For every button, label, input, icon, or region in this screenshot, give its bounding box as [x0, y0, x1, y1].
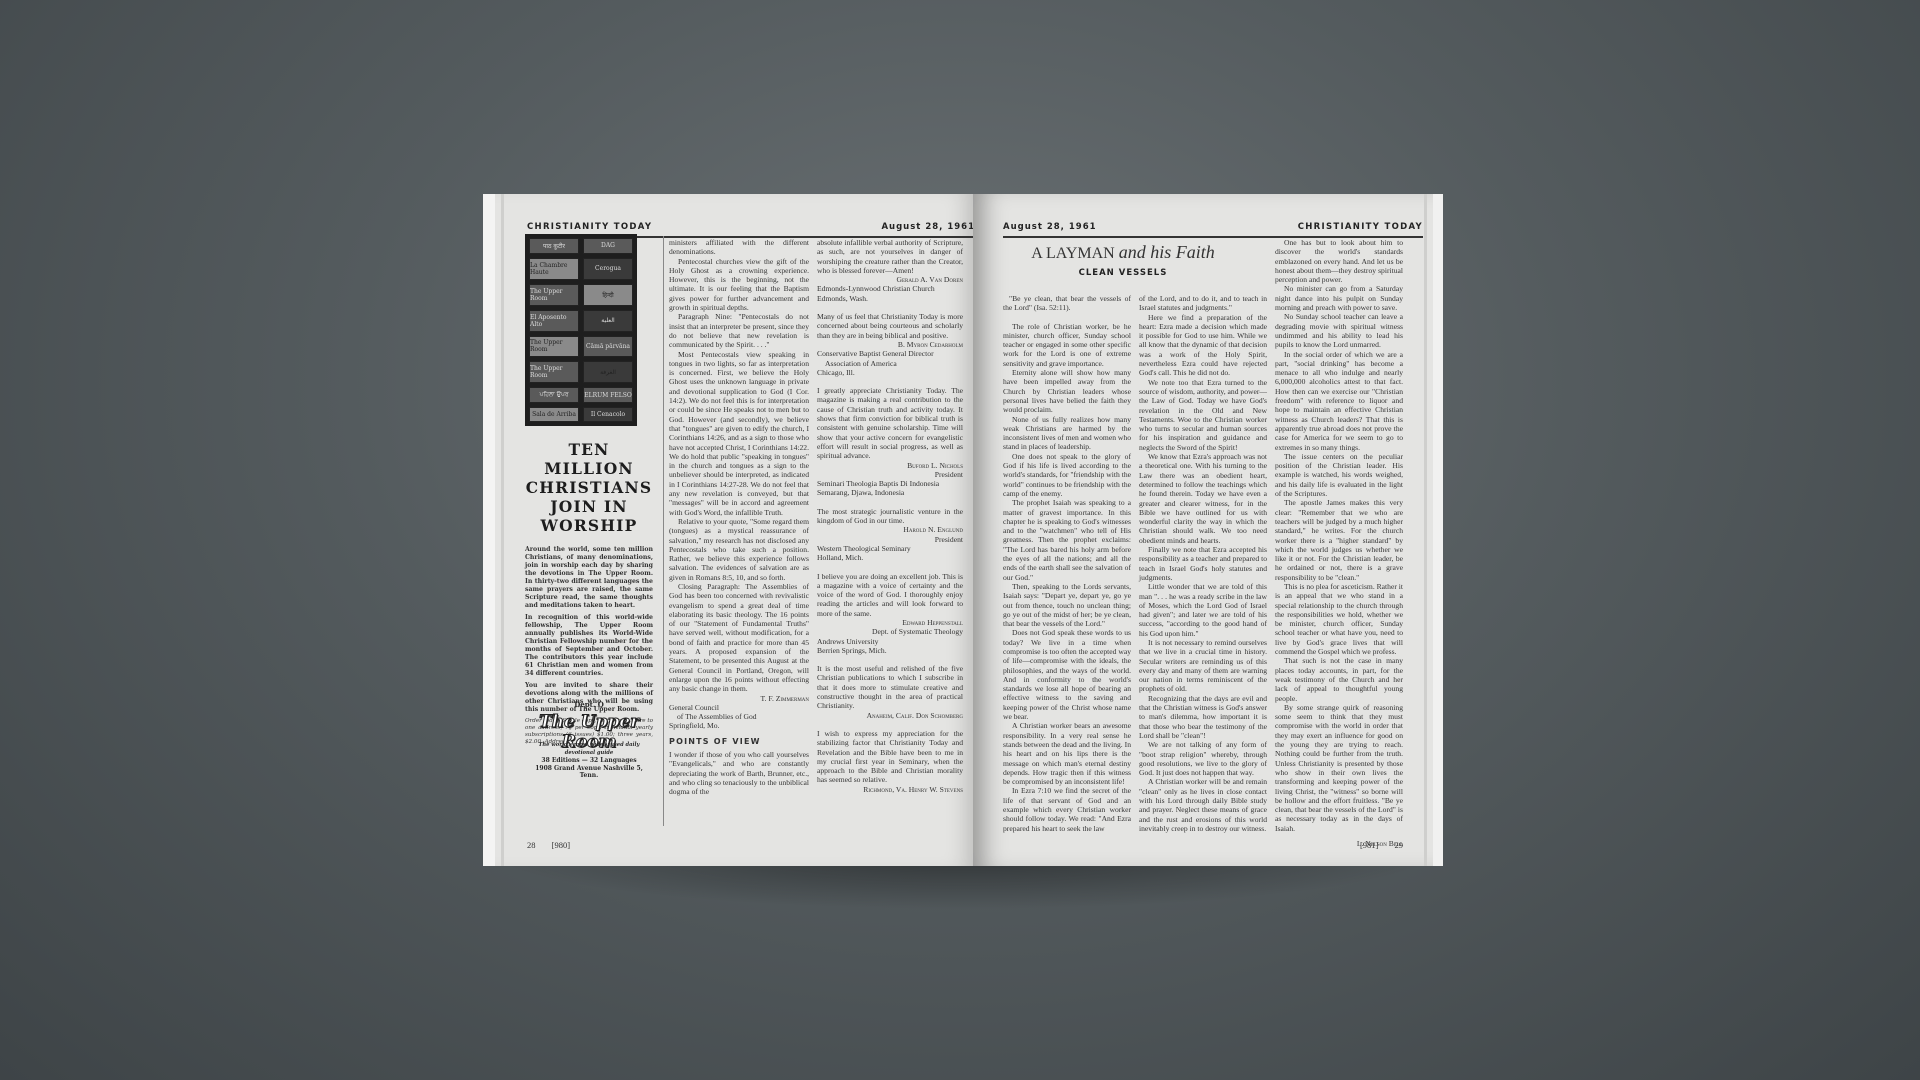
letter-signature: Buford L. Nichols	[817, 461, 963, 470]
letter-affiliation: Association of America	[817, 359, 963, 368]
edition-cover: Cerogua	[583, 258, 633, 280]
edition-cover: ELRUM FELSO	[583, 387, 633, 403]
letter-text: Relative to your quote, "Some regard the…	[669, 517, 809, 582]
left-page: CHRISTIANITY TODAY August 28, 1961 पाठ क…	[483, 194, 973, 866]
letters-column-2: ministers affiliated with the different …	[669, 238, 809, 797]
edition-cover: الغرفة	[583, 361, 633, 383]
article-paragraph: We know that Ezra's approach was not a t…	[1139, 452, 1267, 545]
article-paragraph: The apostle James makes this very clear:…	[1275, 498, 1403, 582]
ad-tagline: The world's most widely used daily devot…	[525, 742, 653, 757]
letter-text: Paragraph Nine: "Pentecostals do not ins…	[669, 312, 809, 349]
letter-text: absolute infallible verbal authority of …	[817, 238, 963, 275]
letter-signature: T. F. Zimmerman	[669, 694, 809, 703]
article-column-2: of the Lord, and to do it, and to teach …	[1139, 294, 1267, 833]
letter-affiliation: Springfield, Mo.	[669, 721, 809, 730]
article-paragraph: One has but to look about him to discove…	[1275, 238, 1403, 284]
edition-cover: Sala de Arriba	[529, 407, 579, 422]
edition-cover: ਪਹਿਲਾ ਉਪਰ	[529, 387, 579, 403]
letter-affiliation: of The Assemblies of God	[669, 712, 809, 721]
article-paragraph: Then, speaking to the Lords servants, Is…	[1003, 582, 1131, 628]
article-paragraph: The prophet Isaiah was speaking to a mat…	[1003, 498, 1131, 582]
article-paragraph: That such is not the case in many places…	[1275, 656, 1403, 702]
article-title: A LAYMAN and his Faith	[1013, 242, 1233, 263]
article-paragraph: Little wonder that we are told of this m…	[1139, 582, 1267, 638]
article-paragraph: The issue centers on the peculiar positi…	[1275, 452, 1403, 498]
edition-cover: العلية	[583, 310, 633, 332]
letter-title: President	[817, 470, 963, 479]
running-head: August 28, 1961 CHRISTIANITY TODAY	[1003, 222, 1423, 238]
letter-text: I believe you are doing an excellent job…	[817, 572, 963, 618]
article-column-1: "Be ye clean, that bear the vessels of t…	[1003, 294, 1131, 833]
article-paragraph: of the Lord, and to do it, and to teach …	[1139, 294, 1267, 313]
letter-affiliation: Andrews University	[817, 637, 963, 646]
title-main: A LAYMAN	[1031, 245, 1114, 262]
magazine-name: CHRISTIANITY TODAY	[1298, 222, 1423, 232]
article-paragraph: A Christian worker bears an awesome resp…	[1003, 721, 1131, 786]
ad-footer: The world's most widely used daily devot…	[525, 742, 653, 780]
column-rule	[663, 236, 664, 826]
letter-text: I greatly appreciate Christianity Today.…	[817, 386, 963, 460]
page-number: 29	[1395, 840, 1404, 850]
article-paragraph: We are not talking of any form of "boot …	[1139, 740, 1267, 777]
volume-page-number: [980]	[552, 840, 570, 850]
page-folio: [981] 29	[1360, 840, 1403, 850]
right-page: August 28, 1961 CHRISTIANITY TODAY A LAY…	[973, 194, 1443, 866]
letter-affiliation: Western Theological Seminary	[817, 544, 963, 553]
edition-cover: La Chambre Haute	[529, 258, 579, 280]
letter-affiliation: Chicago, Ill.	[817, 368, 963, 377]
section-heading: POINTS OF VIEW	[669, 737, 809, 746]
article-paragraph: The role of Christian worker, be he mini…	[1003, 322, 1131, 368]
article-paragraph: It is not necessary to remind ourselves …	[1139, 638, 1267, 694]
article-paragraph: Does not God speak these words to us tod…	[1003, 628, 1131, 721]
edition-cover: हिन्दी	[583, 284, 633, 306]
letter-text: Pentecostal churches view the gift of th…	[669, 257, 809, 313]
letter-signature: Edward Heppenstall	[817, 618, 963, 627]
letter-text: It is the most useful and relished of th…	[817, 664, 963, 710]
letter-affiliation: Seminari Theologia Baptis Di Indonesia	[817, 479, 963, 488]
article-column-3: One has but to look about him to discove…	[1275, 238, 1403, 848]
magazine-name: CHRISTIANITY TODAY	[527, 222, 652, 232]
letter-signature: Anaheim, Calif. Don Schomberg	[817, 711, 963, 720]
article-paragraph: One does not speak to the glory of God i…	[1003, 452, 1131, 498]
edition-cover: DAG	[583, 238, 633, 254]
page-folio: 28 [980]	[527, 840, 570, 850]
letter-affiliation: Berrien Springs, Mich.	[817, 646, 963, 655]
letter-text: Many of us feel that Christianity Today …	[817, 312, 963, 340]
magazine-spread: CHRISTIANITY TODAY August 28, 1961 पाठ क…	[483, 194, 1443, 866]
ad-paragraph: You are invited to share their devotions…	[525, 682, 653, 714]
title-italic: and his Faith	[1119, 242, 1215, 262]
letter-affiliation: Edmonds, Wash.	[817, 294, 963, 303]
edition-cover: पाठ कुटीर	[529, 238, 579, 254]
ad-editions: 38 Editions — 32 Languages	[525, 757, 653, 765]
letter-text: Closing Paragraph: The Assemblies of God…	[669, 582, 809, 694]
article-paragraph: This is no plea for asceticism. Rather i…	[1275, 582, 1403, 656]
issue-date: August 28, 1961	[1003, 222, 1097, 232]
article-paragraph: "Be ye clean, that bear the vessels of t…	[1003, 294, 1131, 313]
ad-paragraph: Around the world, some ten million Chris…	[525, 546, 653, 610]
letter-signature: Gerald A. Van Doren	[817, 275, 963, 284]
letter-text: Most Pentecostals view speaking in tongu…	[669, 350, 809, 517]
edition-cover: El Aposento Alto	[529, 310, 579, 332]
volume-page-number: [981]	[1360, 840, 1378, 850]
letter-text: The most strategic journalistic venture …	[817, 507, 963, 526]
letter-title: President	[817, 535, 963, 544]
letter-affiliation: Conservative Baptist General Director	[817, 349, 963, 358]
letter-text: I wonder if those of you who call yourse…	[669, 750, 809, 796]
edition-cover: The Upper Room	[529, 361, 579, 383]
letter-signature: Richmond, Va. Henry W. Stevens	[817, 785, 963, 794]
article-paragraph: We note too that Ezra turned to the sour…	[1139, 378, 1267, 452]
letters-column-3: absolute infallible verbal authority of …	[817, 238, 963, 794]
article-paragraph: No minister can go from a Saturday night…	[1275, 284, 1403, 312]
article-paragraph: In Ezra 7:10 we find the secret of the l…	[1003, 786, 1131, 832]
article-subtitle: CLEAN VESSELS	[1013, 268, 1233, 278]
ad-address: 1908 Grand Avenue Nashville 5, Tenn.	[525, 765, 653, 780]
issue-date: August 28, 1961	[881, 222, 973, 232]
page-number: 28	[527, 840, 536, 850]
article-paragraph: Finally we note that Ezra accepted his r…	[1139, 545, 1267, 582]
letter-text: ministers affiliated with the different …	[669, 238, 809, 257]
letter-affiliation: Semarang, Djawa, Indonesia	[817, 488, 963, 497]
upper-room-editions-photo: पाठ कुटीर DAG La Chambre Haute Cerogua T…	[525, 234, 637, 426]
edition-cover: The Upper Room	[529, 284, 579, 306]
edition-cover: Il Cenacolo	[583, 407, 633, 422]
letter-affiliation: Edmonds-Lynnwood Christian Church	[817, 284, 963, 293]
article-paragraph: None of us fully realizes how many weak …	[1003, 415, 1131, 452]
article-paragraph: Here we find a preparation of the heart:…	[1139, 313, 1267, 378]
letter-title: Dept. of Systematic Theology	[817, 627, 963, 636]
edition-cover: Cāmā pārvāna	[583, 336, 633, 358]
letter-affiliation: Holland, Mich.	[817, 553, 963, 562]
letter-affiliation: General Council	[669, 703, 809, 712]
article-paragraph: In the social order of which we are a pa…	[1275, 350, 1403, 452]
article-paragraph: Eternity alone will show how many have b…	[1003, 368, 1131, 414]
article-paragraph: By some strange quirk of reasoning some …	[1275, 703, 1403, 833]
letter-text: I wish to express my appreciation for th…	[817, 729, 963, 785]
ad-headline: TEN MILLION CHRISTIANS JOIN IN WORSHIP	[525, 440, 653, 535]
edition-cover: The Upper Room	[529, 336, 579, 358]
letter-signature: B. Myron Cedarholm	[817, 340, 963, 349]
letter-signature: Harold N. Englund	[817, 525, 963, 534]
ad-dept: Dept. Q	[525, 700, 653, 709]
article-paragraph: A Christian worker will be and remain "c…	[1139, 777, 1267, 833]
ad-paragraph: In recognition of this world-wide fellow…	[525, 614, 653, 678]
article-paragraph: No Sunday school teacher can leave a deg…	[1275, 312, 1403, 349]
article-paragraph: Recognizing that the days are evil and t…	[1139, 694, 1267, 740]
